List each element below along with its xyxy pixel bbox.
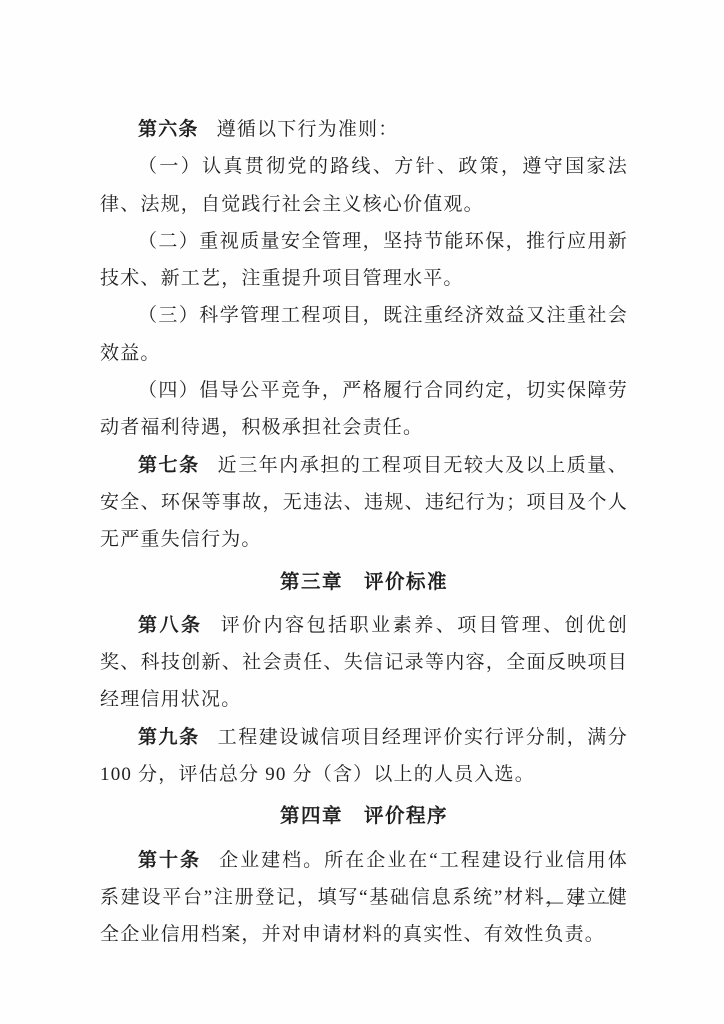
article-paragraph: 第七条近三年内承担的工程项目无较大及以上质量、安全、环保等事故，无违法、违规、违… xyxy=(100,447,628,559)
item-paragraph: （三）科学管理工程项目，既注重经济效益又注重社会效益。 xyxy=(100,297,628,372)
page-number: — 7 — xyxy=(546,892,612,912)
article-label: 第八条 xyxy=(138,615,203,636)
article-label: 第七条 xyxy=(138,455,200,476)
document-page: 第六条遵循以下行为准则：（一）认真贯彻党的路线、方针、政策，遵守国家法律、法规，… xyxy=(0,0,724,1024)
article-label: 第十条 xyxy=(138,850,201,871)
chapter-heading: 第四章 评价程序 xyxy=(100,798,628,835)
item-paragraph: （一）认真贯彻党的路线、方针、政策，遵守国家法律、法规，自觉践行社会主义核心价值… xyxy=(100,148,628,223)
article-paragraph: 第九条工程建设诚信项目经理评价实行评分制，满分 100 分，评估总分 90 分（… xyxy=(100,719,628,794)
item-paragraph: （二）重视质量安全管理，坚持节能环保，推行应用新技术、新工艺，注重提升项目管理水… xyxy=(100,223,628,298)
item-paragraph: （四）倡导公平竞争，严格履行合同约定，切实保障劳动者福利待遇，积极承担社会责任。 xyxy=(100,372,628,447)
article-paragraph: 第六条遵循以下行为准则： xyxy=(100,111,628,148)
article-label: 第九条 xyxy=(138,727,200,748)
article-paragraph: 第八条评价内容包括职业素养、项目管理、创优创奖、科技创新、社会责任、失信记录等内… xyxy=(100,607,628,719)
article-label: 第六条 xyxy=(138,119,199,140)
chapter-heading: 第三章 评价标准 xyxy=(100,564,628,601)
document-body: 第六条遵循以下行为准则：（一）认真贯彻党的路线、方针、政策，遵守国家法律、法规，… xyxy=(100,111,628,954)
